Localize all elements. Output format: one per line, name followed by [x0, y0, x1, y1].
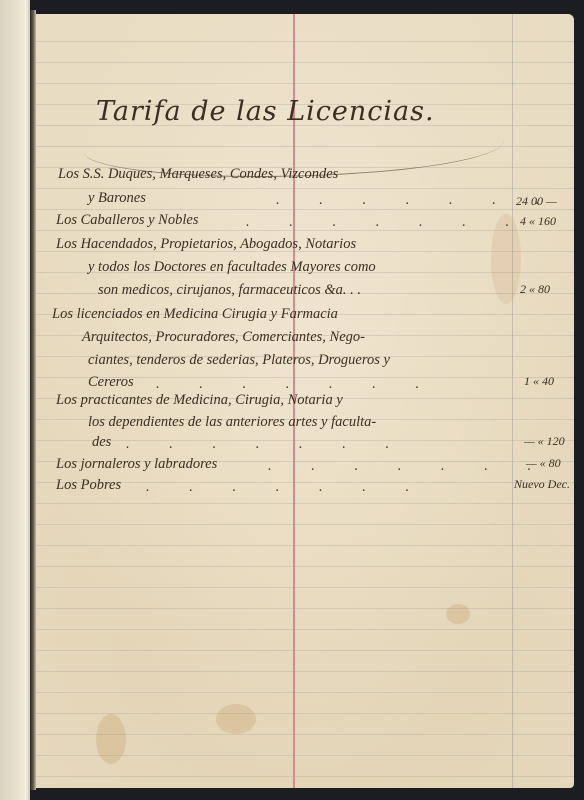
dot-leader: . . . . . . . — [126, 436, 407, 453]
stain — [216, 704, 256, 734]
entry-amount: 4 « 160 — [520, 214, 556, 229]
dot-leader: . . . . . . . — [276, 192, 557, 209]
page-title: Tarifa de las Licencias. — [96, 96, 435, 127]
dot-leader: . . . . . . . — [156, 376, 437, 393]
entry-amount: 2 « 80 — [520, 282, 550, 297]
page-stack-edge — [22, 0, 30, 800]
entry-line: son medicos, cirujanos, farmaceuticos &a… — [98, 282, 361, 299]
ledger-page: Tarifa de las Licencias. Los S.S. Duques… — [36, 14, 574, 788]
entry-line: des — [92, 434, 111, 451]
entry-line: Cereros — [88, 374, 134, 391]
entry-line: Los jornaleros y labradores — [56, 456, 217, 473]
entry-line: y todos los Doctores en facultades Mayor… — [88, 259, 376, 276]
entry-line: Arquitectos, Procuradores, Comerciantes,… — [82, 329, 365, 346]
stain — [446, 604, 470, 624]
stain — [96, 714, 126, 764]
dot-leader: . . . . . . . — [146, 479, 427, 496]
entry-line: y Barones — [88, 190, 146, 207]
entry-amount: — « 80 — [526, 456, 561, 471]
amount-column-line — [512, 14, 513, 788]
entry-line: Los licenciados en Medicina Cirugia y Fa… — [52, 306, 338, 323]
entry-line: Los Caballeros y Nobles — [56, 212, 198, 229]
entry-line: los dependientes de las anteriores artes… — [88, 414, 376, 431]
entry-amount: 1 « 40 — [524, 374, 554, 389]
dot-leader: . . . . . . . — [268, 458, 549, 475]
entry-line: Los S.S. Duques, Marqueses, Condes, Vizc… — [58, 166, 338, 183]
entry-line: Los Hacendados, Propietarios, Abogados, … — [56, 236, 356, 253]
entry-amount: — « 120 — [524, 434, 565, 449]
entry-line: Los practicantes de Medicina, Cirugia, N… — [56, 392, 343, 409]
entry-line: Los Pobres — [56, 477, 121, 494]
entry-line: ciantes, tenderos de sederias, Plateros,… — [88, 352, 390, 369]
dot-leader: . . . . . . . — [246, 214, 527, 231]
entry-amount: Nuevo Dec. — [514, 477, 570, 492]
entry-amount: 24 00 — — [516, 194, 557, 209]
